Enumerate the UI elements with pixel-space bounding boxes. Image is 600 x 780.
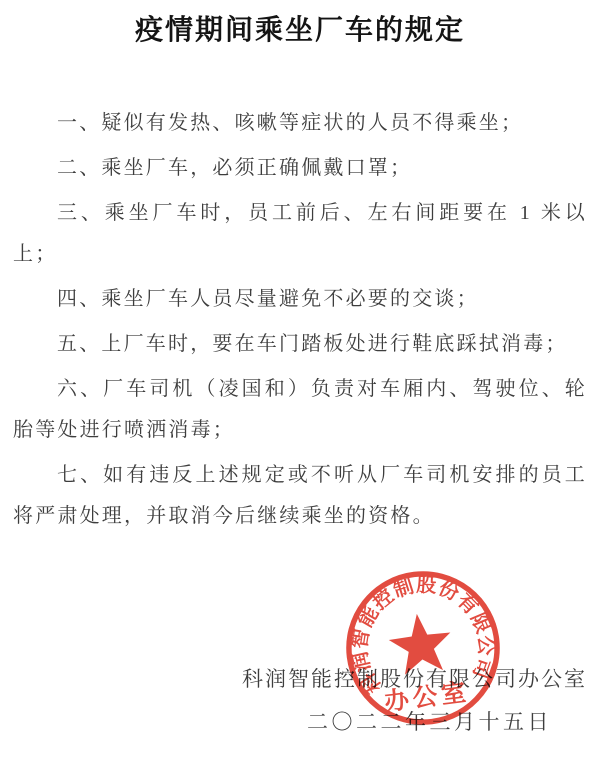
signature-block: 科润智能控制股份有限公司办公室 二〇二二年三月十五日 bbox=[13, 663, 587, 737]
regulation-item-1: 一、疑似有发热、咳嗽等症状的人员不得乘坐； bbox=[13, 103, 587, 144]
signature-line: 科润智能控制股份有限公司办公室 bbox=[13, 663, 587, 695]
regulation-list: 一、疑似有发热、咳嗽等症状的人员不得乘坐； 二、乘坐厂车，必须正确佩戴口罩； 三… bbox=[13, 103, 587, 737]
regulation-item-5: 五、上厂车时，要在车门踏板处进行鞋底踩拭消毒； bbox=[13, 324, 587, 365]
regulation-item-6: 六、厂车司机（凌国和）负责对车厢内、驾驶位、轮胎等处进行喷洒消毒； bbox=[13, 369, 587, 451]
regulation-item-7: 七、如有违反上述规定或不听从厂车司机安排的员工将严肃处理，并取消今后继续乘坐的资… bbox=[13, 455, 587, 537]
regulation-item-2: 二、乘坐厂车，必须正确佩戴口罩； bbox=[13, 148, 587, 189]
document-page: 疫情期间乘坐厂车的规定 一、疑似有发热、咳嗽等症状的人员不得乘坐； 二、乘坐厂车… bbox=[0, 0, 600, 780]
regulation-item-4: 四、乘坐厂车人员尽量避免不必要的交谈； bbox=[13, 279, 587, 320]
date-line: 二〇二二年三月十五日 bbox=[13, 707, 587, 737]
regulation-item-3: 三、乘坐厂车时，员工前后、左右间距要在 1 米以上； bbox=[13, 193, 587, 275]
document-title: 疫情期间乘坐厂车的规定 bbox=[0, 0, 600, 47]
